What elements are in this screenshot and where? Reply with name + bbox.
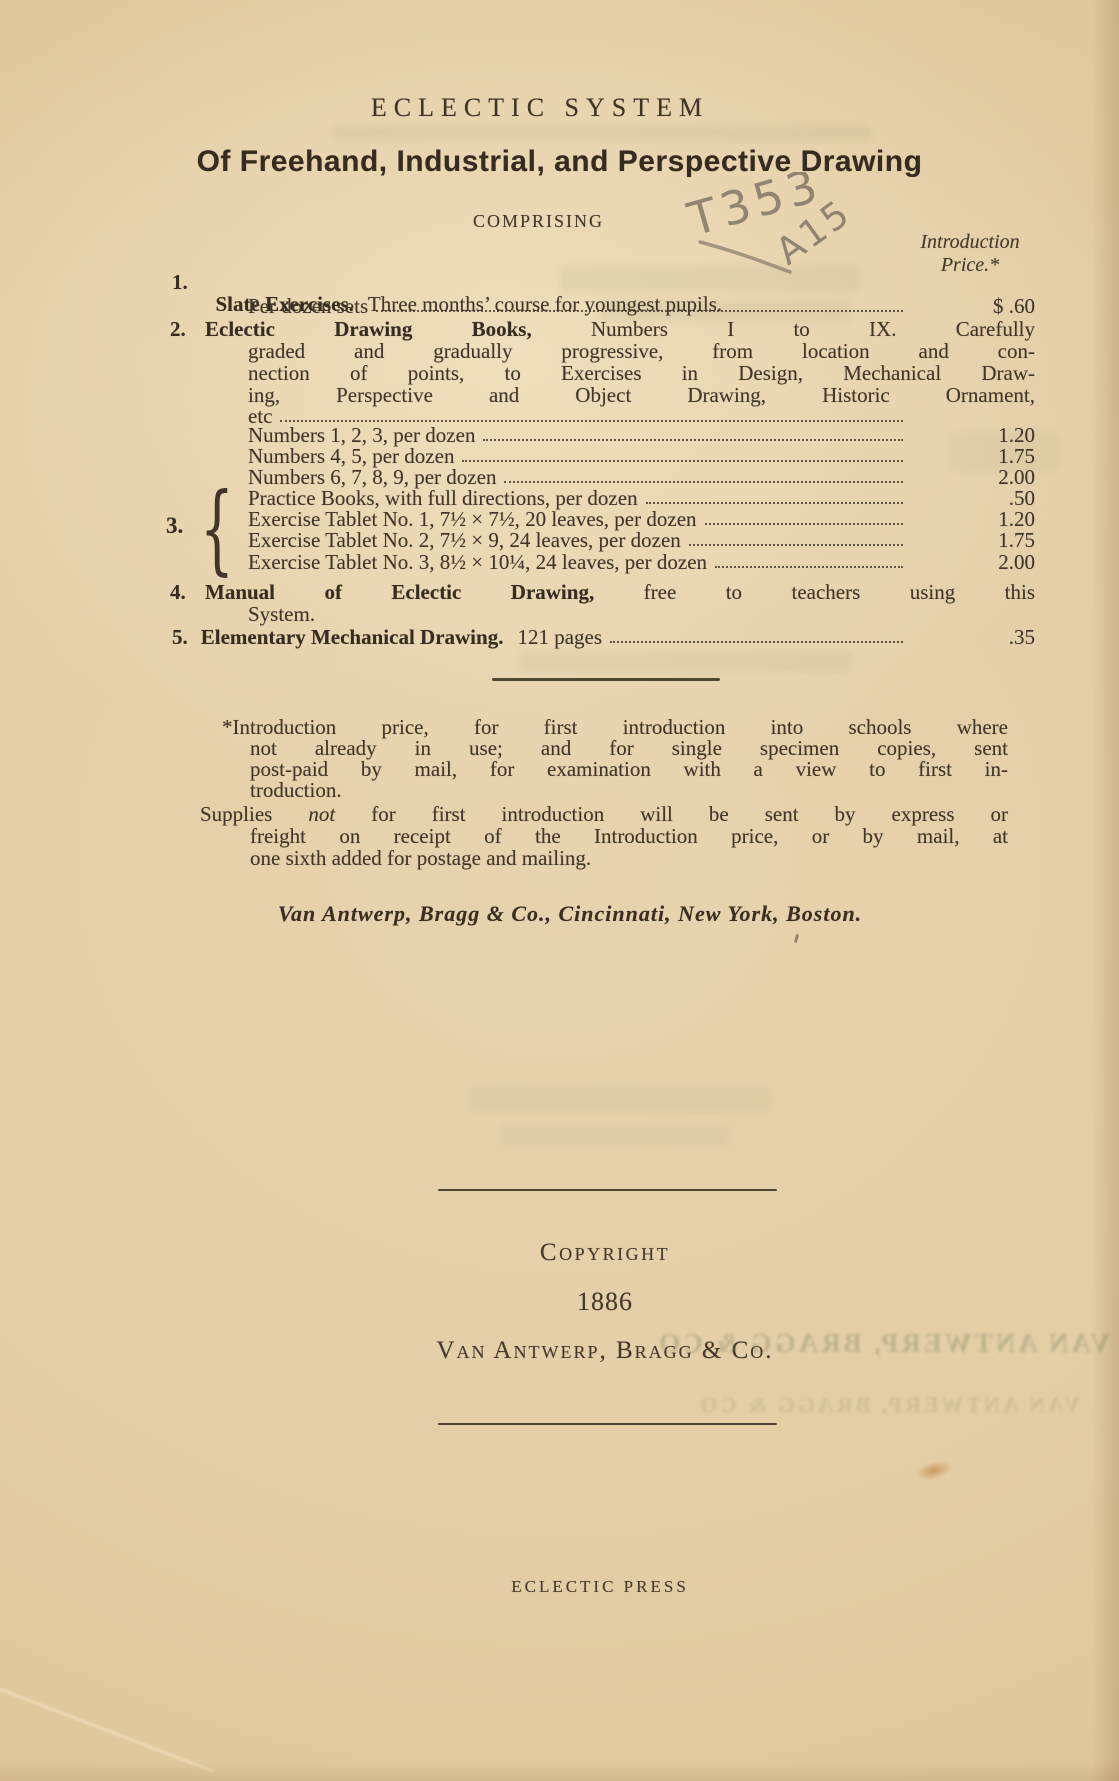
- price-row: Exercise Tablet No. 1, 7½ × 7½, 20 leave…: [248, 508, 1035, 530]
- page-crease: [0, 1686, 214, 1772]
- paper-stain: [914, 1458, 953, 1483]
- section-divider-rule: [492, 678, 720, 681]
- price-value: 1.75: [907, 529, 1035, 551]
- supplies-note-line: Supplies not for first introduction will…: [200, 803, 1008, 825]
- dotted-leader: [483, 439, 903, 441]
- copyright-top-rule: [438, 1189, 777, 1191]
- item-continuation: System.: [248, 603, 315, 625]
- printer-imprint: ECLECTIC PRESS: [430, 1576, 770, 1598]
- price-row-label: Numbers 1, 2, 3, per dozen: [248, 424, 475, 446]
- price-row: Numbers 6, 7, 8, 9, per dozen 2.00: [248, 466, 1035, 488]
- item-heading-row: 5. Elementary Mechanical Drawing. 121 pa…: [172, 626, 1035, 648]
- price-row: Numbers 4, 5, per dozen 1.75: [248, 445, 1035, 467]
- supplies-text: Supplies: [200, 802, 272, 826]
- dotted-leader: [705, 523, 903, 525]
- supplies-note-line: one sixth added for postage and mailing.: [250, 847, 591, 869]
- dotted-leader: [610, 641, 903, 643]
- price-row-label: Exercise Tablet No. 1, 7½ × 7½, 20 leave…: [248, 508, 697, 530]
- supplies-note-line: freight on receipt of the Introduction p…: [250, 825, 1008, 847]
- comprising-label: COMPRISING: [473, 210, 604, 232]
- page-edge-shadow-right: [1091, 0, 1119, 1781]
- price-value: 1.20: [907, 424, 1035, 446]
- supplies-text: for first introduction will be sent by e…: [371, 802, 1008, 826]
- price-value: 2.00: [907, 466, 1035, 488]
- footnote-line: *Introduction price, for first introduct…: [222, 716, 1008, 738]
- footnote-line: not already in use; and for single speci…: [250, 737, 1008, 759]
- bleed-through-text: VAN ANTWERP, BRAGG & CO: [740, 1392, 1080, 1418]
- item-text: Numbers I to IX. Carefully: [591, 317, 1035, 341]
- item-heading: Eclectic Drawing Books, Numbers I to IX.…: [205, 318, 1035, 340]
- price-row: Per dozen sets $ .60: [248, 295, 1035, 317]
- bleed-through-smudge: [500, 1126, 730, 1146]
- footnote-line: troduction.: [250, 779, 342, 801]
- price-row-label: Numbers 4, 5, per dozen: [248, 445, 454, 467]
- price-row-label: Per dozen sets: [248, 295, 368, 317]
- price-row-label: Exercise Tablet No. 2, 7½ × 9, 24 leaves…: [248, 529, 681, 551]
- supplies-text-italic: not: [308, 802, 335, 826]
- dotted-leader: [462, 460, 903, 462]
- scanned-book-page: { "header": { "title": "ECLECTIC SYSTEM"…: [0, 0, 1119, 1781]
- copyright-label: Copyright: [405, 1242, 805, 1264]
- price-row-label: Exercise Tablet No. 3, 8½ × 10¼, 24 leav…: [248, 551, 707, 573]
- item-title: Elementary Mechanical Drawing.: [201, 626, 504, 648]
- page-subtitle: Of Freehand, Industrial, and Perspective…: [0, 145, 1119, 179]
- item-text: 121 pages: [517, 626, 602, 648]
- price-value: 2.00: [907, 551, 1035, 573]
- bleed-through-smudge: [520, 652, 850, 672]
- item-number: 3.: [166, 515, 183, 537]
- item-title: Eclectic Drawing Books,: [205, 317, 532, 341]
- price-value: .35: [907, 626, 1035, 648]
- price-value: 1.20: [907, 508, 1035, 530]
- price-row: Exercise Tablet No. 3, 8½ × 10¼, 24 leav…: [248, 551, 1035, 573]
- footnote-line: post-paid by mail, for examination with …: [250, 758, 1008, 780]
- dotted-leader: [504, 481, 903, 483]
- dotted-leader: [280, 420, 903, 422]
- item-number: 2.: [170, 318, 186, 340]
- item-continuation: nection of points, to Exercises in Desig…: [248, 362, 1035, 384]
- dotted-leader: [646, 502, 903, 504]
- stray-ink-mark: [794, 934, 799, 943]
- item-continuation: graded and gradually progressive, from l…: [248, 340, 1035, 362]
- price-row: Exercise Tablet No. 2, 7½ × 9, 24 leaves…: [248, 529, 1035, 551]
- item-title: Manual of Eclectic Drawing,: [205, 580, 594, 604]
- dotted-leader: [715, 566, 903, 568]
- page-title: ECLECTIC SYSTEM: [0, 97, 1080, 119]
- price-row-label: Practice Books, with full directions, pe…: [248, 487, 638, 509]
- copyright-year: 1886: [405, 1291, 805, 1313]
- item-number: 1.: [172, 271, 188, 293]
- price-value: .50: [907, 487, 1035, 509]
- item-heading: Manual of Eclectic Drawing, free to teac…: [205, 581, 1035, 603]
- group-brace: {: [200, 480, 234, 577]
- bleed-through-smudge: [470, 1086, 770, 1112]
- bleed-through-smudge: [332, 126, 872, 140]
- price-value: $ .60: [907, 295, 1035, 317]
- price-value: 1.75: [907, 445, 1035, 467]
- price-row: Practice Books, with full directions, pe…: [248, 487, 1035, 509]
- price-row: Numbers 1, 2, 3, per dozen 1.20: [248, 424, 1035, 446]
- item-number: 5.: [172, 626, 188, 648]
- publisher-line: Van Antwerp, Bragg & Co., Cincinnati, Ne…: [140, 903, 1000, 925]
- price-row-label: Numbers 6, 7, 8, 9, per dozen: [248, 466, 496, 488]
- copyright-bottom-rule: [438, 1423, 777, 1425]
- item-number: 4.: [170, 581, 186, 603]
- item-continuation: ing, Perspective and Object Drawing, His…: [248, 384, 1035, 406]
- bleed-through-text: VAN ANTWERP, BRAGG & CO: [690, 1328, 1110, 1359]
- item-text: free to teachers using this: [644, 580, 1035, 604]
- dotted-leader: [376, 310, 903, 312]
- price-column-header-line1: Introduction: [900, 231, 1040, 253]
- dotted-leader: [689, 544, 903, 546]
- pencil-annotation: T353 A15: [678, 172, 908, 282]
- page-edge-shadow-bottom: [0, 1761, 1119, 1781]
